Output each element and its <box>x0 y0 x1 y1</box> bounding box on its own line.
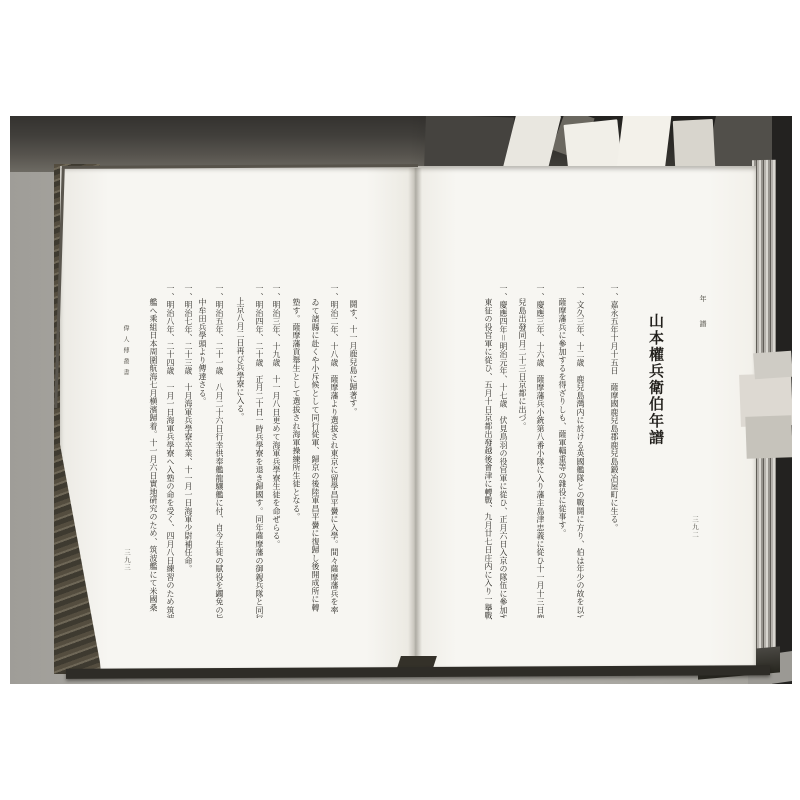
running-head-right: 年譜 <box>698 295 708 345</box>
running-head-left: 偉人傳叢書 <box>121 325 130 380</box>
text-column: ゐて諸縣に赴くや小斥候として同行從軍、歸京の後陸軍昌平黌に復歸し後開成所に轉 <box>305 298 319 612</box>
chapter-title: 山本權兵衛伯年譜 <box>646 313 667 446</box>
text-column: 一、文久三年、十二歳 鹿兒島灣内に於ける英國艦隊との戰鬪に方り、伯は年少の故を以… <box>570 284 584 618</box>
text-column: 東征の役官軍に從ひ、五月十日京都出發越後會津に轉戰、九月廿七日庄内に入り一擧戰 <box>478 298 492 620</box>
text-column: 一、嘉永五年十月十五日 薩摩國鹿兒島郡鹿兒島鍛冶屋町に生る。 <box>604 284 618 532</box>
text-column: 一、明治四年、二十歳 正月二十日一時兵學寮を退き歸國す。同年薩摩藩の御親兵隊と同… <box>249 284 263 618</box>
page-number-right: 三九二 <box>691 516 700 539</box>
text-column: 一、明治五年、二十一歳 八月二十六日行幸供奉艦龍驤艦に付、自今生徒の賦役を蠲免の… <box>209 284 223 618</box>
text-column: 一、慶應三年、十六歳 薩摩藩兵小銃第八番小隊に入り藩主島津忠義に從ひ十一月十三日… <box>530 284 544 618</box>
text-column: 一、明治七年、二十三歳 十月海軍兵學寮卒業、十一月一日海軍少尉補任命。 <box>178 284 192 573</box>
text-column: 塾す。薩摩藩貢舉生として選拔され海軍操練所生徒となる。 <box>286 298 300 521</box>
text-column: 一、明治三年、十九歳 十一月八日更めて海軍兵學寮生徒を命ぜらる。 <box>266 284 280 548</box>
text-column: 兒島出發同月二十三日京都に出づ。 <box>512 298 526 430</box>
text-column: 鬪す、十一月鹿兒島に歸著す。 <box>343 300 357 416</box>
text-column: 艦へ乘組日本周圍航海七月横濱歸着。十一月六日實地硏究のため、筑波艦にて米國桑 <box>143 298 157 612</box>
bookmark-ribbon <box>564 119 623 172</box>
paper-flap <box>424 116 514 172</box>
text-column: 薩摩藩兵に參加するを得ざりしも、薩軍輜重等の雜役に從事す。 <box>552 298 566 537</box>
bookmark-ribbon <box>673 119 715 169</box>
page-number-left: 三九三 <box>123 549 132 572</box>
text-column: 中牟田兵學頭より傳達さる。 <box>192 298 206 405</box>
fore-edge-tab <box>745 415 792 459</box>
text-column: 一、慶應四年＝明治元年、十七歳 伏見鳥羽の役官軍に從ひ、正月六日入京の隊伍に參加… <box>493 284 507 618</box>
fore-edge-tab <box>753 351 792 380</box>
text-column: 一、明治八年、二十四歳 一月一日海軍兵學寮へ入塾の命を受く、四月八日練習のため筑… <box>160 284 174 618</box>
text-column: 上京八月二日再び兵學寮に入る。 <box>230 297 244 421</box>
text-column: 一、明治二年、十八歳 薩摩藩より選拔され東京に留學昌平黌に入學。間々薩摩藩兵を率 <box>324 284 338 614</box>
bookmark-ribbon <box>617 116 672 172</box>
book-gutter <box>408 168 422 670</box>
book-photo: 年譜 三九二 山本權兵衛伯年譜 一、嘉永五年十月十五日 薩摩國鹿兒島郡鹿兒島鍛冶… <box>10 116 792 684</box>
